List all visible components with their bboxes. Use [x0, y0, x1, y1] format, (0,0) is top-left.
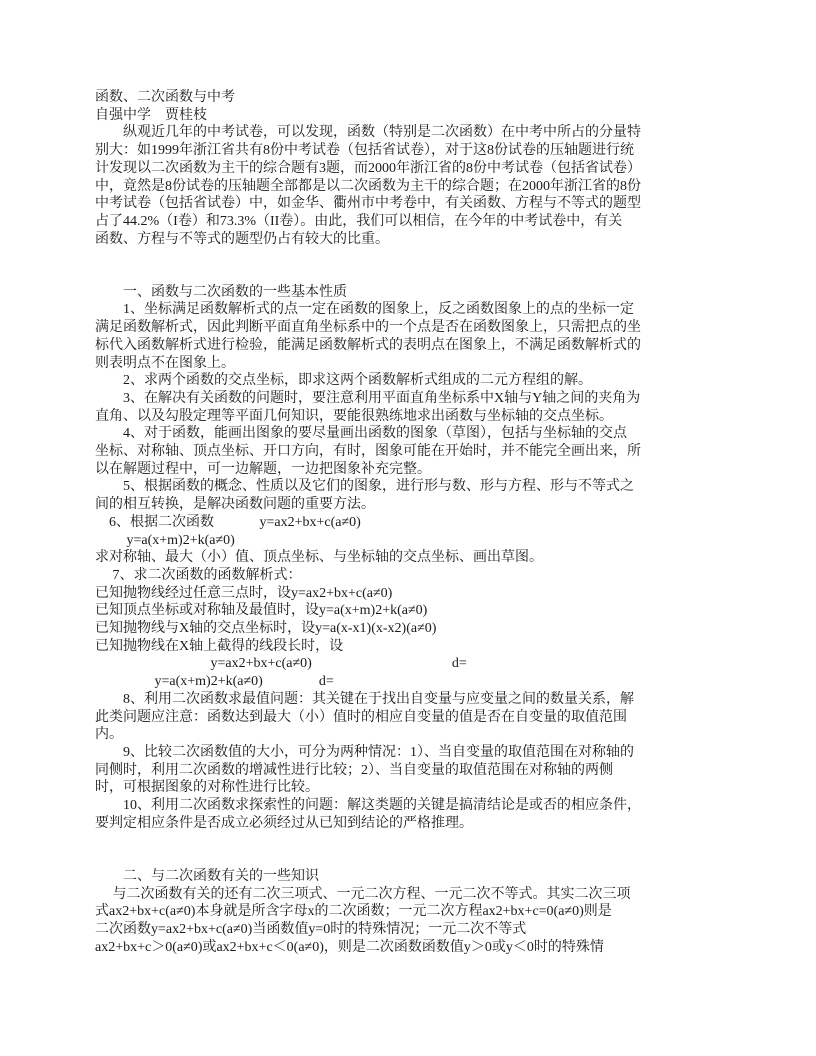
- text-line: 要判定相应条件是否成立必须经过从已知到结论的严格推理。: [95, 815, 740, 833]
- text-line: 标代入函数解析式进行检验，能满足函数解析式的表明点在图象上，不满足函数解析式的: [95, 337, 740, 355]
- text-line: 别大：如1999年浙江省共有8份中考试卷（包括省试卷），对于这8份试卷的压轴题进…: [95, 142, 740, 160]
- text-line: 中考试卷（包括省试卷）中，如金华、衢州市中考卷中，有关函数、方程与不等式的题型: [95, 195, 740, 213]
- formula-line: y=ax2+bx+c(a≠0) d=: [95, 655, 740, 673]
- text-line: 已知抛物线在X轴上截得的线段长时，设: [95, 638, 740, 656]
- text-line: 函数、方程与不等式的题型仍占有较大的比重。: [95, 231, 740, 249]
- doc-author: 自强中学 贾桂枝: [95, 107, 740, 125]
- text-line: 直角、以及勾股定理等平面几何知识，要能很熟练地求出函数与坐标轴的交点坐标。: [95, 408, 740, 426]
- text-line: 计发现以二次函数为主干的综合题有3题，而2000年浙江省的8份中考试卷（包括省试…: [95, 160, 740, 178]
- text-line: 已知抛物线经过任意三点时，设y=ax2+bx+c(a≠0): [95, 585, 740, 603]
- document-content: 函数、二次函数与中考自强中学 贾桂枝 纵观近几年的中考试卷，可以发现，函数（特别…: [95, 89, 740, 956]
- numbered-item-line: 7、求二次函数的函数解析式：: [95, 567, 740, 585]
- numbered-item-line: 4、对于函数，能画出图象的要尽量画出函数的图象（草图），包括与坐标轴的交点: [95, 425, 740, 443]
- text-line: ax2+bx+c＞0(a≠0)或ax2+bx+c＜0(a≠0)，则是二次函数函数…: [95, 939, 740, 957]
- text-line: 则表明点不在图象上。: [95, 355, 740, 373]
- section-heading: 一、函数与二次函数的一些基本性质: [95, 284, 740, 302]
- text-line: 内。: [95, 726, 740, 744]
- numbered-item-line: 10、利用二次函数求探索性的问题：解这类题的关键是搞清结论是或否的相应条件，: [95, 797, 740, 815]
- text-line: 纵观近几年的中考试卷，可以发现，函数（特别是二次函数）在中考中所占的分量特: [95, 124, 740, 142]
- numbered-item-line: 9、比较二次函数值的大小，可分为两种情况：1）、当自变量的取值范围在对称轴的: [95, 744, 740, 762]
- text-line: 此类问题应注意：函数达到最大（小）值时的相应自变量的值是否在自变量的取值范围: [95, 709, 740, 727]
- blank-line: [95, 833, 740, 851]
- doc-title: 函数、二次函数与中考: [95, 89, 740, 107]
- text-line: 占了44.2%（I卷）和73.3%（II卷）。由此，我们可以相信，在今年的中考试…: [95, 213, 740, 231]
- text-line: 求对称轴、最大（小）值、顶点坐标、与坐标轴的交点坐标、画出草图。: [95, 549, 740, 567]
- numbered-item-line: 5、根据函数的概念、性质以及它们的图象，进行形与数、形与方程、形与不等式之: [95, 478, 740, 496]
- text-line: 满足函数解析式，因此判断平面直角坐标系中的一个点是否在函数图象上，只需把点的坐: [95, 319, 740, 337]
- blank-line: [95, 248, 740, 266]
- text-line: 同侧时，利用二次函数的增减性进行比较；2）、当自变量的取值范围在对称轴的两侧: [95, 762, 740, 780]
- numbered-item-line: 2、求两个函数的交点坐标，即求这两个函数解析式组成的二元方程组的解。: [95, 372, 740, 390]
- text-line: 中，竟然是8份试卷的压轴题全部都是以二次函数为主干的综合题；在2000年浙江省的…: [95, 178, 740, 196]
- blank-line: [95, 266, 740, 284]
- text-line: 坐标、对称轴、顶点坐标、开口方向，有时，图象可能在开始时，并不能完全画出来，所: [95, 443, 740, 461]
- text-line: 式ax2+bx+c(a≠0)本身就是所含字母x的二次函数；一元二次方程ax2+b…: [95, 903, 740, 921]
- document-page: 函数、二次函数与中考自强中学 贾桂枝 纵观近几年的中考试卷，可以发现，函数（特别…: [0, 0, 816, 1056]
- numbered-item-line: 6、根据二次函数 y=ax2+bx+c(a≠0): [95, 514, 740, 532]
- text-line: 与二次函数有关的还有二次三项式、一元二次方程、一元二次不等式。其实二次三项: [95, 886, 740, 904]
- formula-line: y=a(x+m)2+k(a≠0): [95, 532, 740, 550]
- formula-line: y=a(x+m)2+k(a≠0) d=: [95, 673, 740, 691]
- text-line: 已知抛物线与X轴的交点坐标时，设y=a(x-x1)(x-x2)(a≠0): [95, 620, 740, 638]
- section-heading: 二、与二次函数有关的一些知识: [95, 868, 740, 886]
- text-line: 二次函数y=ax2+bx+c(a≠0)当函数值y=0时的特殊情况；一元二次不等式: [95, 921, 740, 939]
- text-line: 时，可根据图象的对称性进行比较。: [95, 779, 740, 797]
- numbered-item-line: 8、利用二次函数求最值问题：其关键在于找出自变量与应变量之间的数量关系，解: [95, 691, 740, 709]
- blank-line: [95, 850, 740, 868]
- numbered-item-line: 1、坐标满足函数解析式的点一定在函数的图象上，反之函数图象上的点的坐标一定: [95, 301, 740, 319]
- text-line: 以在解题过程中，可一边解题，一边把图象补充完整。: [95, 461, 740, 479]
- text-line: 已知顶点坐标或对称轴及最值时，设y=a(x+m)2+k(a≠0): [95, 602, 740, 620]
- numbered-item-line: 3、在解决有关函数的问题时，要注意利用平面直角坐标系中X轴与Y轴之间的夹角为: [95, 390, 740, 408]
- text-line: 间的相互转换，是解决函数问题的重要方法。: [95, 496, 740, 514]
